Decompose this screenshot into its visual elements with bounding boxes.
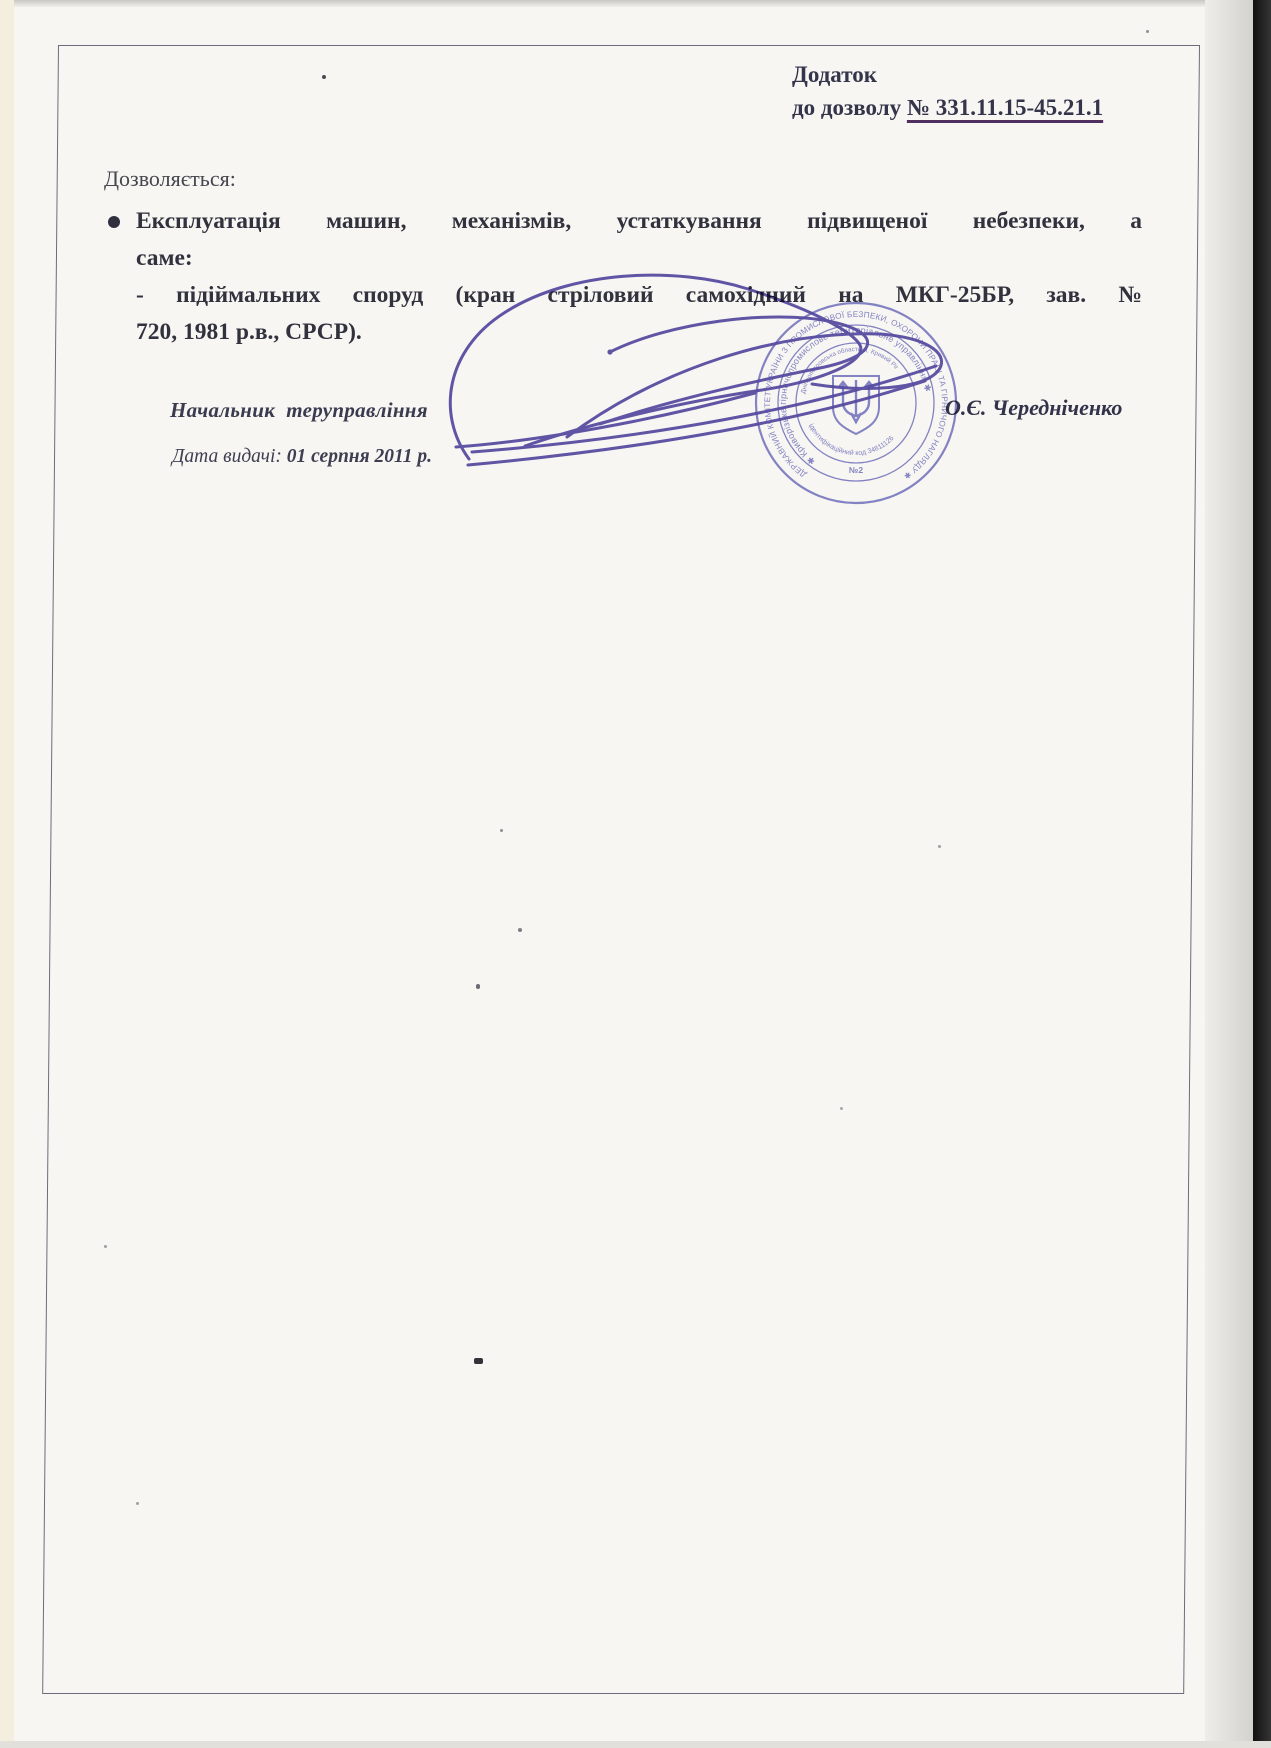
scan-speck bbox=[474, 1358, 483, 1364]
scan-speck bbox=[518, 928, 522, 932]
scanned-permit-appendix-page: Додаток до дозволу № 331.11.15-45.21.1 Д… bbox=[0, 0, 1271, 1748]
scan-speck bbox=[476, 984, 480, 989]
ink-overlay: ДЕРЖАВНИЙ КОМІТЕТ УКРАЇНИ З ПРОМИСЛОВОЇ … bbox=[0, 0, 1271, 1748]
scan-speck bbox=[938, 845, 941, 848]
scan-speck bbox=[104, 1245, 107, 1248]
scan-speck bbox=[840, 1107, 843, 1110]
scan-speck bbox=[500, 829, 503, 832]
scan-speck bbox=[322, 75, 326, 79]
scan-speck bbox=[1146, 30, 1149, 33]
scan-speck bbox=[136, 1502, 139, 1505]
stamp-number-text: №2 bbox=[849, 465, 863, 475]
